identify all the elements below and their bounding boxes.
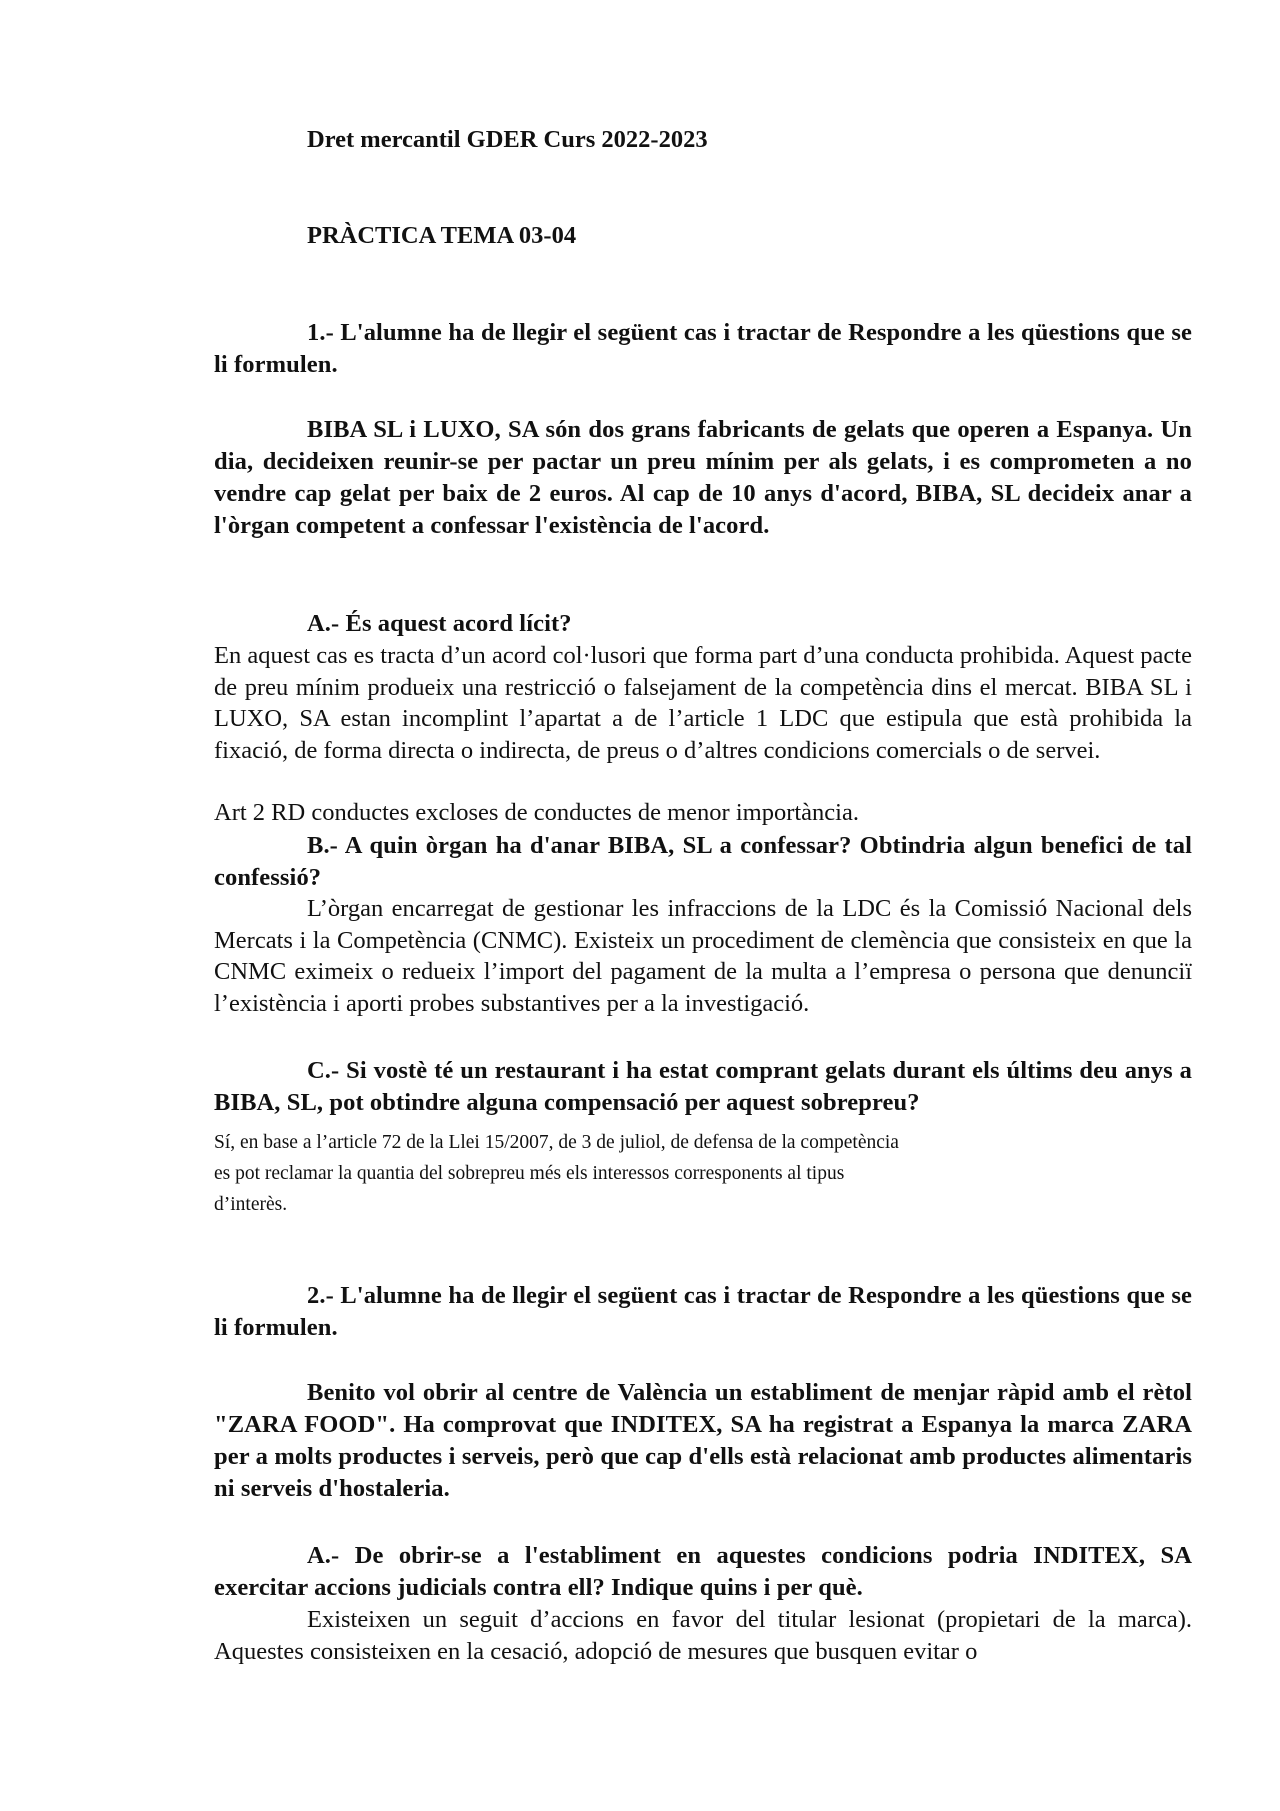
exercise1-answer-b: L’òrgan encarregat de gestionar les infr… (214, 893, 1192, 1019)
document-subtitle: PRÀCTICA TEMA 03-04 (307, 220, 1187, 252)
exercise1-answer-a: En aquest cas es tracta d’un acord col·l… (214, 640, 1192, 766)
answer-c-line: d’interès. (214, 1189, 1134, 1220)
exercise1-question-a: A.- És aquest acord lícit? (214, 608, 1192, 640)
exercise1-question-b: B.- A quin òrgan ha d'anar BIBA, SL a co… (214, 830, 1192, 894)
exercise2-instruction: 2.- L'alumne ha de llegir el següent cas… (214, 1280, 1192, 1344)
exercise2-case: Benito vol obrir al centre de València u… (214, 1377, 1192, 1505)
exercise1-answer-c: Sí, en base a l’article 72 de la Llei 15… (214, 1127, 1134, 1220)
document-title: Dret mercantil GDER Curs 2022-2023 (307, 124, 1187, 156)
exercise1-instruction: 1.- L'alumne ha de llegir el següent cas… (214, 317, 1192, 381)
exercise2-question-a: A.- De obrir-se a l'establiment en aques… (214, 1540, 1192, 1604)
exercise1-case: BIBA SL i LUXO, SA són dos grans fabrica… (214, 414, 1192, 542)
exercise1-question-c: C.- Si vostè té un restaurant i ha estat… (214, 1055, 1192, 1119)
answer-c-line: Sí, en base a l’article 72 de la Llei 15… (214, 1127, 1134, 1158)
exercise2-answer-a: Existeixen un seguit d’accions en favor … (214, 1604, 1192, 1667)
exercise1-answer-a-note: Art 2 RD conductes excloses de conductes… (214, 797, 1192, 829)
answer-c-line: es pot reclamar la quantia del sobrepreu… (214, 1158, 1134, 1189)
